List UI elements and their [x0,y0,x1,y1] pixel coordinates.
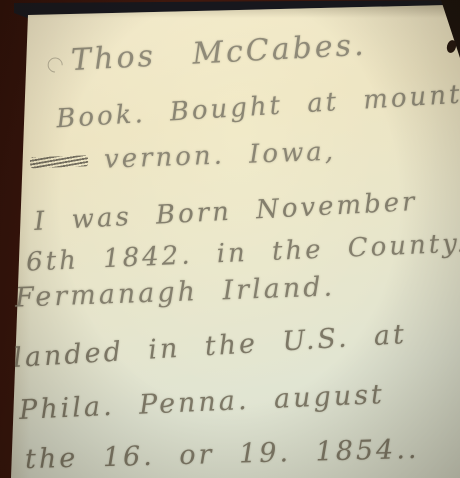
handwriting-text: Book. Bought at mount [55,80,460,135]
handwriting-text: Fermanagh Irland. [15,271,336,313]
handwriting-line: 6th 1842. in the County. [26,228,460,277]
handwriting-line: Fermanagh Irland. [15,271,336,313]
handwriting-line: Phila. Penna. august [18,379,385,426]
book-flyleaf-photo: Thos McCabes. Book. Bought at mount vern… [0,0,460,478]
scribbled-out-word [30,155,88,168]
handwriting-text: Thos McCabes. [70,28,367,78]
handwriting-text: 6th 1842. in the County. [26,228,460,277]
handwriting-line: I was Born November [33,187,418,237]
handwriting-line: landed in the U.S. at [12,319,407,374]
handwriting-text: landed in the U.S. at [12,319,407,374]
handwriting-line: Thos McCabes. [45,28,367,80]
flourish-mark [45,54,66,75]
handwriting-line: the 16. or 19. 1854.. [25,434,420,475]
handwriting-line: vernon. Iowa, [30,137,337,178]
inscription: Thos McCabes. Book. Bought at mount vern… [0,0,460,478]
handwriting-text: the 16. or 19. 1854.. [25,434,420,475]
handwriting-text: vernon. Iowa, [104,137,337,175]
handwriting-text: I was Born November [33,187,418,237]
handwriting-text: Phila. Penna. august [18,379,385,426]
handwriting-line: Book. Bought at mount [55,80,460,135]
